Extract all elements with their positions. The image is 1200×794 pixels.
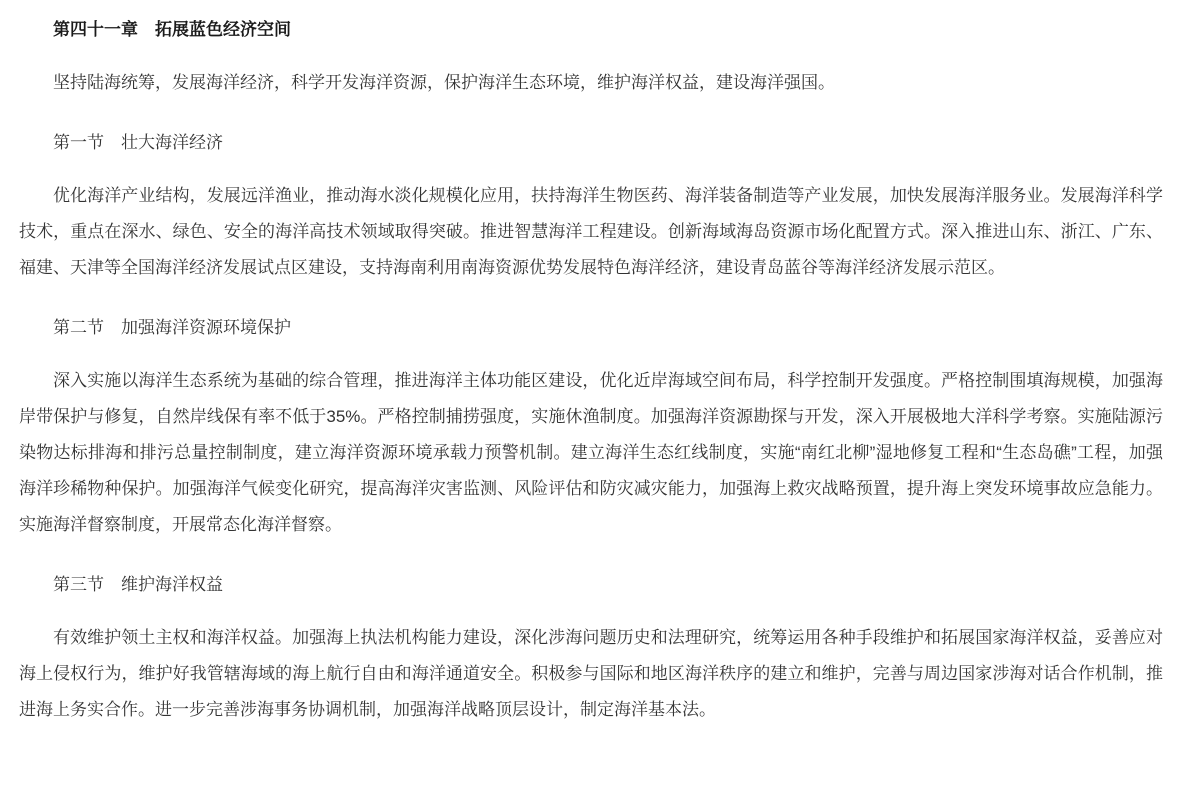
section-heading-2: 第二节 加强海洋资源环境保护 — [19, 310, 1163, 346]
intro-paragraph: 坚持陆海统筹，发展海洋经济，科学开发海洋资源，保护海洋生态环境，维护海洋权益，建… — [19, 65, 1163, 101]
section-heading-3: 第三节 维护海洋权益 — [19, 567, 1163, 603]
section-heading-1: 第一节 壮大海洋经济 — [19, 125, 1163, 161]
document-page: 第四十一章 拓展蓝色经济空间 坚持陆海统筹，发展海洋经济，科学开发海洋资源，保护… — [0, 0, 1200, 794]
section-body-2: 深入实施以海洋生态系统为基础的综合管理，推进海洋主体功能区建设，优化近岸海域空间… — [19, 363, 1163, 543]
chapter-title: 第四十一章 拓展蓝色经济空间 — [19, 12, 1163, 48]
section-body-1: 优化海洋产业结构，发展远洋渔业，推动海水淡化规模化应用，扶持海洋生物医药、海洋装… — [19, 178, 1163, 286]
section-body-3: 有效维护领土主权和海洋权益。加强海上执法机构能力建设，深化涉海问题历史和法理研究… — [19, 620, 1163, 728]
